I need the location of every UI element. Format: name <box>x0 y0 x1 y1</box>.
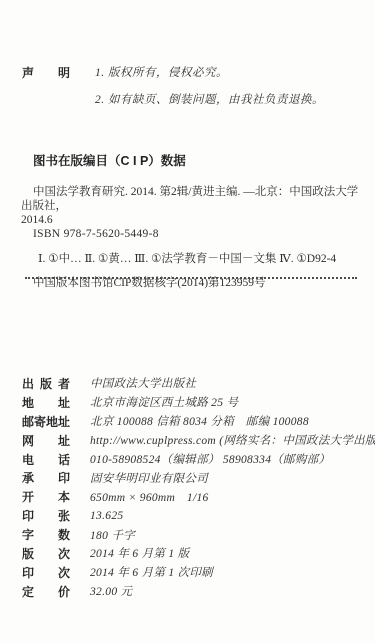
cip-title: 中国法学教育研究. 2014. 第2辑/黄进主编. —北京：中国政法大学出版社，… <box>21 185 361 227</box>
pub-row-value: 北京 100088 信箱 8034 分箱 邮编 100088 <box>90 413 309 429</box>
declaration-items: 1. 版权所有，侵权必究。 2. 如有缺页、倒装问题，由我社负责退换。 <box>95 66 324 107</box>
pub-row-mailing-address: 邮寄地址 北京 100088 信箱 8034 分箱 邮编 100088 <box>22 412 361 431</box>
cip-heading: 图书在版编目（C I P）数据 <box>33 154 361 169</box>
pub-row-website: 网址 http://www.cuplpress.com (网络实名：中国政法大学… <box>22 431 361 450</box>
pub-row-value: 180 千字 <box>90 527 135 543</box>
pub-row-label: 印次 <box>22 564 70 581</box>
pub-row-printer: 承印 固安华明印业有限公司 <box>22 468 361 487</box>
cip-title-line1: 中国法学教育研究. 2014. 第2辑/黄进主编. —北京：中国政法大学出版社， <box>21 186 358 212</box>
pub-row-edition: 版次 2014 年 6 月第 1 版 <box>22 544 361 563</box>
pub-row-value: 中国政法大学出版社 <box>90 375 196 391</box>
pub-row-label: 字数 <box>22 526 70 543</box>
pub-row-value: 2014 年 6 月第 1 次印刷 <box>90 564 213 580</box>
cip-title-line2: 2014.6 <box>21 214 53 226</box>
pub-row-price: 定价 32.00 元 <box>22 582 361 601</box>
pub-row-format: 开本 650mm × 960mm 1/16 <box>22 487 361 506</box>
pub-row-label: 开本 <box>22 488 70 505</box>
pub-row-value: 2014 年 6 月第 1 版 <box>90 545 189 561</box>
pub-row-address: 地址 北京市海淀区西土城路 25 号 <box>22 393 361 412</box>
cip-classification: Ⅰ. ①中… Ⅱ. ①黄… Ⅲ. ①法学教育－中国－文集 Ⅳ. ①D92-4 <box>38 252 361 266</box>
pub-row-phone: 电话 010-58908524（编辑部） 58908334（邮购部） <box>22 450 361 469</box>
pub-row-value: 固安华明印业有限公司 <box>90 470 208 486</box>
pub-row-value: 北京市海淀区西土城路 25 号 <box>90 394 238 410</box>
pub-row-value: http://www.cuplpress.com (网络实名：中国政法大学出版社… <box>90 432 375 448</box>
copyright-page: 声明 1. 版权所有，侵权必究。 2. 如有缺页、倒装问题，由我社负责退换。 图… <box>0 0 375 643</box>
pub-row-label: 网址 <box>22 432 70 449</box>
pub-row-label: 承印 <box>22 469 70 486</box>
pub-row-publisher: 出版者 中国政法大学出版社 <box>22 374 361 393</box>
declaration-section: 声明 1. 版权所有，侵权必究。 2. 如有缺页、倒装问题，由我社负责退换。 <box>22 66 361 107</box>
pub-row-value: 650mm × 960mm 1/16 <box>90 489 209 505</box>
pub-row-label: 定价 <box>22 583 70 600</box>
pub-row-label: 邮寄地址 <box>22 413 70 430</box>
publication-info: 出版者 中国政法大学出版社 地址 北京市海淀区西土城路 25 号 邮寄地址 北京… <box>22 374 361 601</box>
declaration-item-1: 1. 版权所有，侵权必究。 <box>95 66 324 80</box>
pub-row-value: 13.625 <box>90 510 123 522</box>
cip-section: 图书在版编目（C I P）数据 中国法学教育研究. 2014. 第2辑/黄进主编… <box>21 154 361 290</box>
pub-row-value: 32.00 元 <box>90 583 132 599</box>
pub-row-label: 地址 <box>22 394 70 411</box>
pub-row-label: 版次 <box>22 545 70 562</box>
declaration-label: 声明 <box>22 66 70 80</box>
pub-row-label: 印张 <box>22 507 70 524</box>
pub-row-sheets: 印张 13.625 <box>22 506 361 525</box>
pub-row-impression: 印次 2014 年 6 月第 1 次印刷 <box>22 563 361 582</box>
pub-row-label: 电话 <box>22 451 70 468</box>
cip-isbn: ISBN 978-7-5620-5449-8 <box>33 227 361 241</box>
pub-row-word-count: 字数 180 千字 <box>22 525 361 544</box>
dotted-separator <box>25 277 357 279</box>
pub-row-value: 010-58908524（编辑部） 58908334（邮购部） <box>90 451 330 467</box>
declaration-item-2: 2. 如有缺页、倒装问题，由我社负责退换。 <box>95 93 324 107</box>
pub-row-label: 出版者 <box>22 375 70 392</box>
